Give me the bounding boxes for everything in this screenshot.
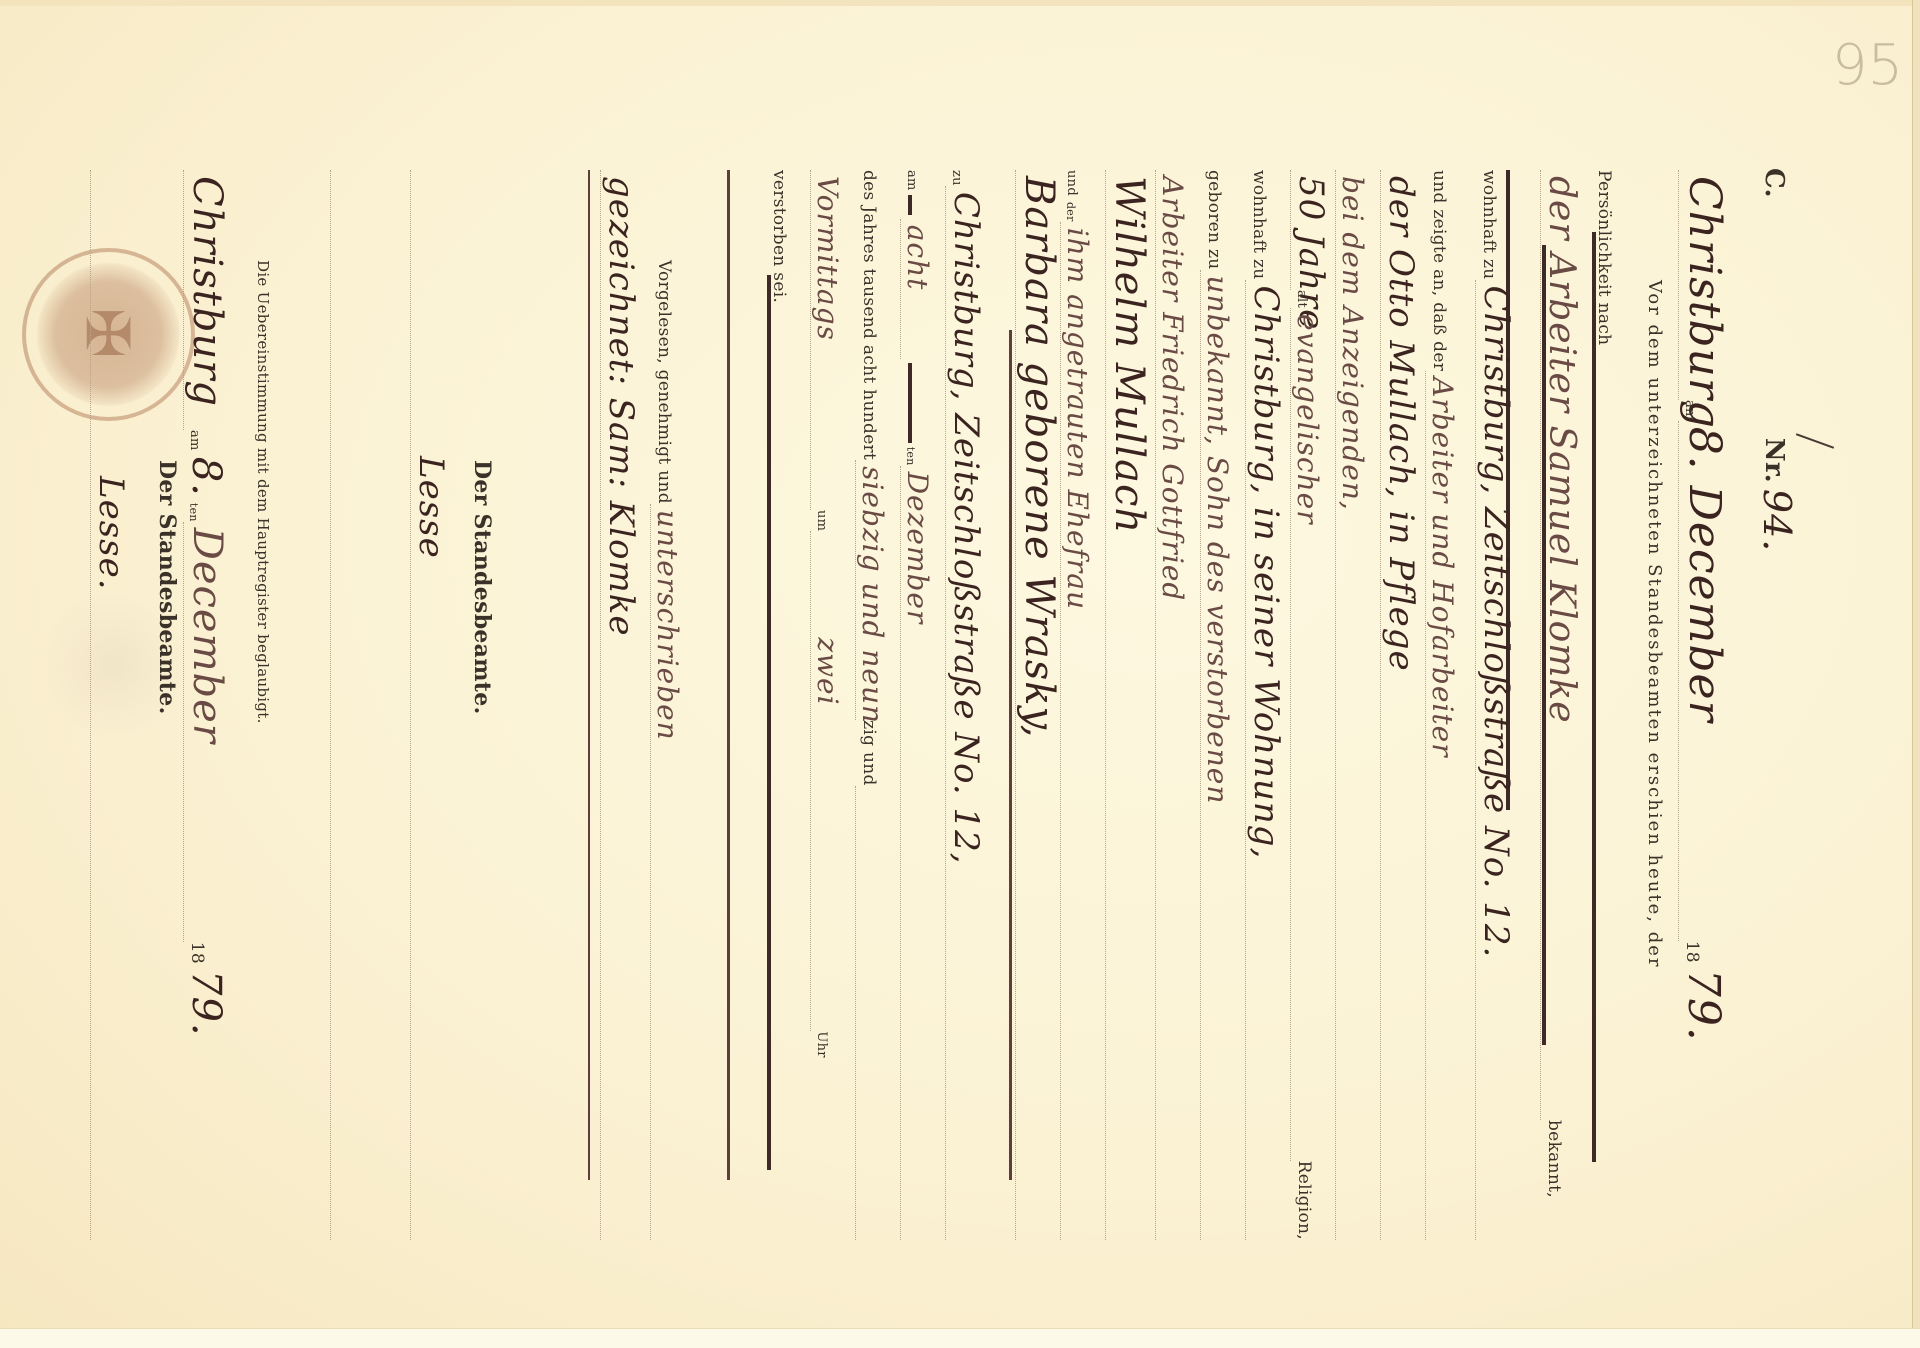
anzeige-label: und zeigte an, daß der [1425,170,1449,371]
parents-line-4: Barbara geborene Wrasky, [1016,170,1062,744]
death-year-row: des Jahres tausend acht hundert siebzig … [855,20,895,1240]
signature-rule [588,170,590,1180]
blank-row [330,20,370,1240]
official-signature-row: Lesse [410,20,450,1240]
am-rule [908,195,912,215]
place-value: Christburg [1679,170,1730,435]
vorgelesen-value: unterschrieben [651,504,684,747]
informant-row: der Arbeiter Samuel Klomke bekannt, [1540,20,1580,1240]
death-place-value: Christburg, Zeitschloßstraße No. 12, [946,186,986,871]
death-day-value: acht [901,219,934,297]
jahres-label: des Jahres tausend acht hundert [855,170,879,460]
zig-und-label: zig und [855,720,879,786]
page-top-edge [0,0,1912,6]
wohnhaft2-label: wohnhaft zu [1245,170,1269,280]
verstorben-row: verstorben sei. [765,20,805,1240]
parents-row-4: Barbara geborene Wrasky, [1015,20,1055,1240]
pencil-page-number: 95 [1832,33,1903,98]
persoenlichkeit-row: Persönlichkeit nach [1590,20,1630,1240]
deceased-line-1: der Otto Mullach, in Pflege [1381,170,1421,678]
parents-line-3: ihm angetrauten Ehefrau [1061,222,1094,616]
geboren-label: geboren zu [1200,170,1224,270]
vorgelesen-label: Vorgelesen, genehmigt und [650,260,674,504]
um-label: um [810,510,829,531]
section-divider-rule [727,170,730,1180]
parents-der-label: der [1060,202,1077,222]
date-value: 8. December [1679,421,1730,729]
page-right-edge [1912,0,1920,1328]
hour-value: zwei [811,631,844,711]
cert-place: Christburg [184,170,230,413]
day-rule [908,363,912,443]
entry-number: 94. [1755,483,1799,558]
parents-row-1: Arbeiter Friedrich Gottfried [1155,20,1195,1240]
wohnhaft-row: wohnhaft zu Christburg, Zeitschloßstraße… [1475,20,1515,1240]
geboren-row: geboren zu unbekannt, Sohn des verstorbe… [1200,20,1240,1240]
parents-row-2: Wilhelm Mullach [1105,20,1145,1240]
informant-value: der Arbeiter Samuel Klomke [1541,170,1582,730]
vorgelesen-row: Vorgelesen, genehmigt und unterschrieben [650,20,690,1240]
wohnhaft-value: Christburg, Zeitschloßstraße No. 12. [1476,280,1516,965]
page-bottom-edge [0,1328,1920,1348]
death-time-row: Vormittags um zwei Uhr [810,20,850,1240]
cert-signature-row: Lesse. [90,20,130,1240]
cert-official-title: Der Standesbeamte. [150,460,180,715]
certification-text: Die Uebereinstimmung mit dem Hauptregist… [250,260,272,724]
death-year-words: siebzig und neun [856,460,889,730]
informant-signature-row: gezeichnet: Sam: Klomke [600,20,640,1240]
certification-row: Die Uebereinstimmung mit dem Hauptregist… [250,20,290,1240]
official-signature: Lesse [411,450,451,565]
deceased-row-1: der Otto Mullach, in Pflege [1380,20,1420,1240]
year-suffix: 79. [1678,963,1729,1048]
bekannt-suffix: bekannt, [1540,1120,1564,1198]
religion-value: evangelischer [1291,308,1324,531]
official-title: Der Standesbeamte. [465,460,495,715]
anzeige-value: Arbeiter und Hofarbeiter [1426,371,1459,763]
death-place-row: zu Christburg, Zeitschloßstraße No. 12, [945,20,985,1240]
geboren-value: unbekannt, Sohn des verstorbenen [1201,270,1234,811]
verstorben-rule [767,275,771,1170]
place-date-row: Christburg am 8. December 18 79. [1678,20,1730,1240]
am-label-2: am [900,170,919,191]
deceased-row-2: bei dem Anzeigenden, [1335,20,1375,1240]
header-row: C. Nr. 94. [1755,20,1795,1240]
register-form-page: 95 C. Nr. 94. Christburg am 8. December … [30,20,1890,1240]
religion-label: Religion, [1290,1161,1314,1240]
parents-und-label: und [1060,170,1079,196]
deceased-line-2: bei dem Anzeigenden, [1336,170,1369,517]
time-value: Vormittags [811,170,844,347]
am-label: am [1678,400,1697,421]
informant-rule [1542,245,1546,1045]
parents-rule [1009,330,1012,1180]
wohnhaft-label: wohnhaft zu [1475,170,1499,280]
ten-label: ten [900,447,917,466]
death-date-row: am acht ten Dezember [900,20,940,1240]
cert-month: December [184,522,230,750]
parents-row-3: und der ihm angetrauten Ehefrau [1060,20,1100,1240]
informant-signature: gezeichnet: Sam: Klomke [601,170,641,642]
parents-line-1: Arbeiter Friedrich Gottfried [1156,170,1189,607]
entry-number-label: Nr. [1755,438,1789,483]
wohnhaft2-row: wohnhaft zu Christburg, in seiner Wohnun… [1245,20,1285,1240]
form-letter: C. [1755,168,1789,198]
anzeige-row: und zeigte an, daß der Arbeiter und Hofa… [1425,20,1465,1240]
death-month-value: Dezember [901,466,934,631]
margin-tick [1796,433,1834,449]
official-title-row: Der Standesbeamte. [465,20,505,1240]
intro-row: Vor dem unterzeichneten Standesbeamten e… [1640,20,1680,1240]
cert-signature: Lesse. [91,470,131,597]
wohnhaft2-value: Christburg, in seiner Wohnung, [1246,280,1286,866]
zu-label: zu [945,170,964,186]
intro-text: Vor dem unterzeichneten Standesbeamten e… [1640,280,1665,968]
age-religion-row: 50 Jahre alt evangelischer Religion, [1290,20,1330,1240]
age-label: alt [1290,290,1309,308]
parents-line-2: Wilhelm Mullach [1106,170,1152,540]
cert-official-title-row: Der Standesbeamte. [150,20,190,1240]
uhr-label: Uhr [810,1031,829,1057]
certification-date-row: Christburg am 8. ten December 18 79. [183,20,235,1240]
year-prefix: 18 [1678,941,1702,963]
persoenlichkeit-rule [1592,232,1596,1162]
